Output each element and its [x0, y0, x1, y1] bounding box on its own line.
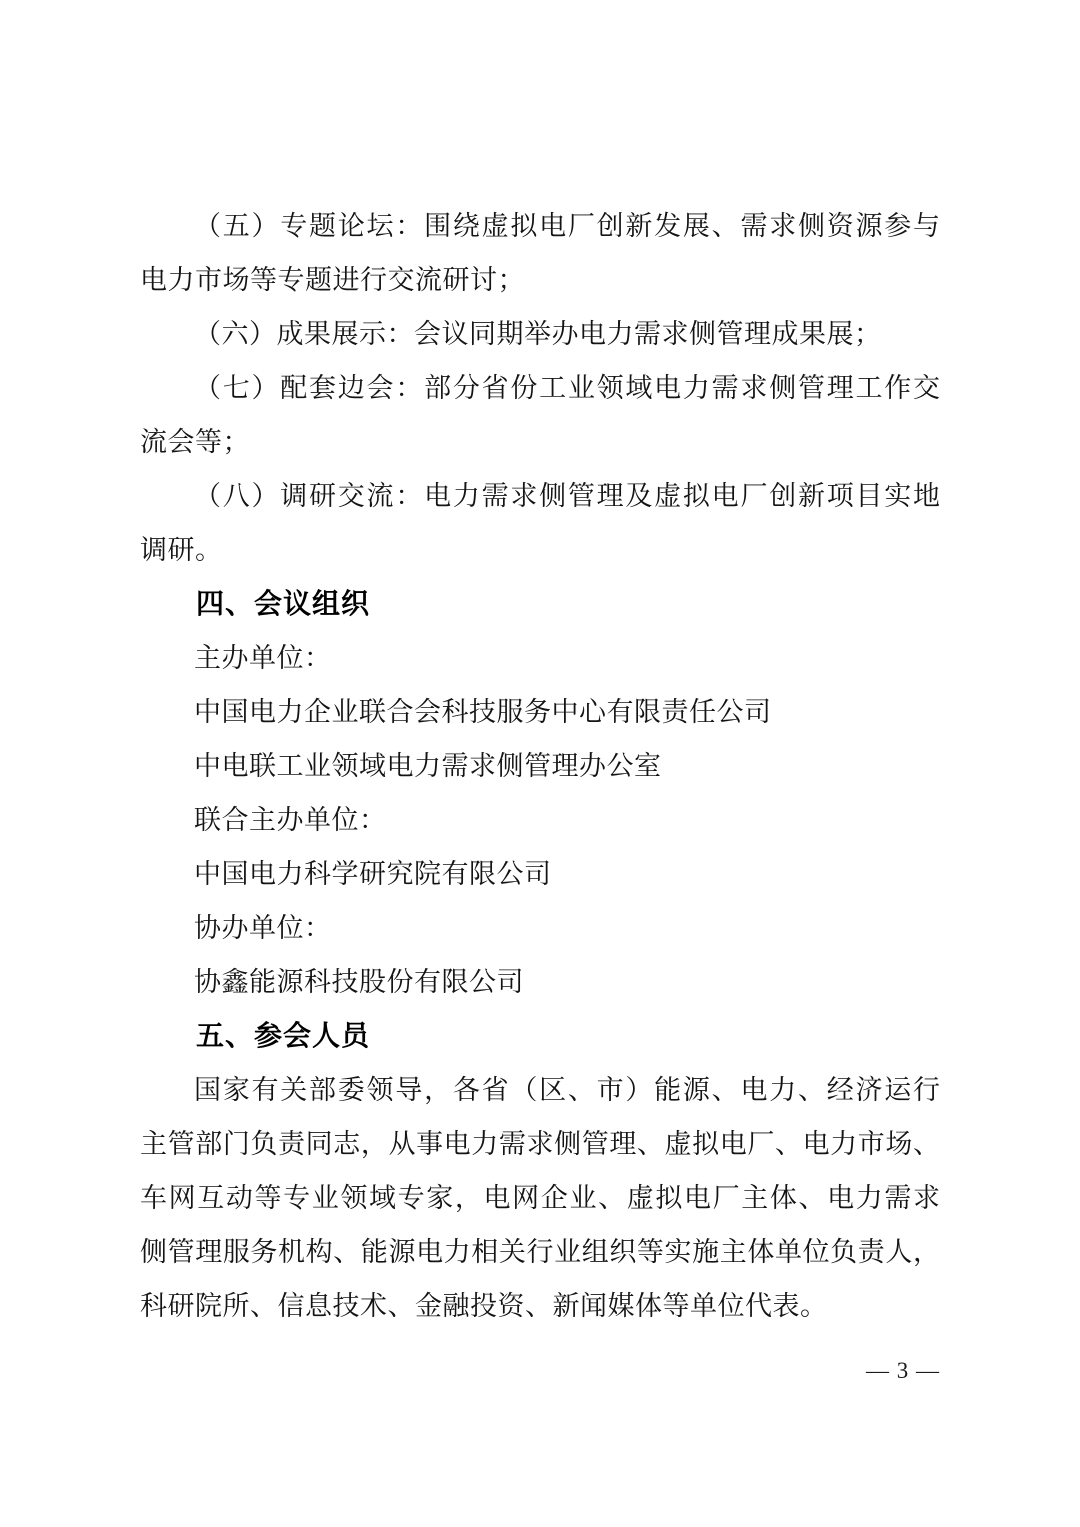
- section-heading: 五、参会人员: [140, 1009, 940, 1063]
- text-line: 主管部门负责同志，从事电力需求侧管理、虚拟电厂、电力市场、: [140, 1117, 940, 1171]
- text-line: 侧管理服务机构、能源电力相关行业组织等实施主体单位负责人，: [140, 1225, 940, 1279]
- text-line: （七）配套边会：部分省份工业领域电力需求侧管理工作交: [140, 361, 940, 415]
- document-body: （五）专题论坛：围绕虚拟电厂创新发展、需求侧资源参与电力市场等专题进行交流研讨；…: [140, 199, 940, 1333]
- text-line: 国家有关部委领导，各省（区、市）能源、电力、经济运行: [140, 1063, 940, 1117]
- text-line: （六）成果展示：会议同期举办电力需求侧管理成果展；: [140, 307, 940, 361]
- text-line: 科研院所、信息技术、金融投资、新闻媒体等单位代表。: [140, 1279, 940, 1333]
- text-line: 车网互动等专业领域专家，电网企业、虚拟电厂主体、电力需求: [140, 1171, 940, 1225]
- text-line: 中电联工业领域电力需求侧管理办公室: [140, 739, 940, 793]
- text-line: 中国电力科学研究院有限公司: [140, 847, 940, 901]
- text-line: 中国电力企业联合会科技服务中心有限责任公司: [140, 685, 940, 739]
- text-line: （五）专题论坛：围绕虚拟电厂创新发展、需求侧资源参与: [140, 199, 940, 253]
- text-line: 电力市场等专题进行交流研讨；: [140, 253, 940, 307]
- text-line: 协鑫能源科技股份有限公司: [140, 955, 940, 1009]
- text-line: 调研。: [140, 523, 940, 577]
- text-line: 流会等；: [140, 415, 940, 469]
- text-line: 协办单位：: [140, 901, 940, 955]
- text-line: （八）调研交流：电力需求侧管理及虚拟电厂创新项目实地: [140, 469, 940, 523]
- section-heading: 四、会议组织: [140, 577, 940, 631]
- text-line: 联合主办单位：: [140, 793, 940, 847]
- document-page: （五）专题论坛：围绕虚拟电厂创新发展、需求侧资源参与电力市场等专题进行交流研讨；…: [0, 0, 1080, 1527]
- text-line: 主办单位：: [140, 631, 940, 685]
- page-number: — 3 —: [866, 1356, 940, 1386]
